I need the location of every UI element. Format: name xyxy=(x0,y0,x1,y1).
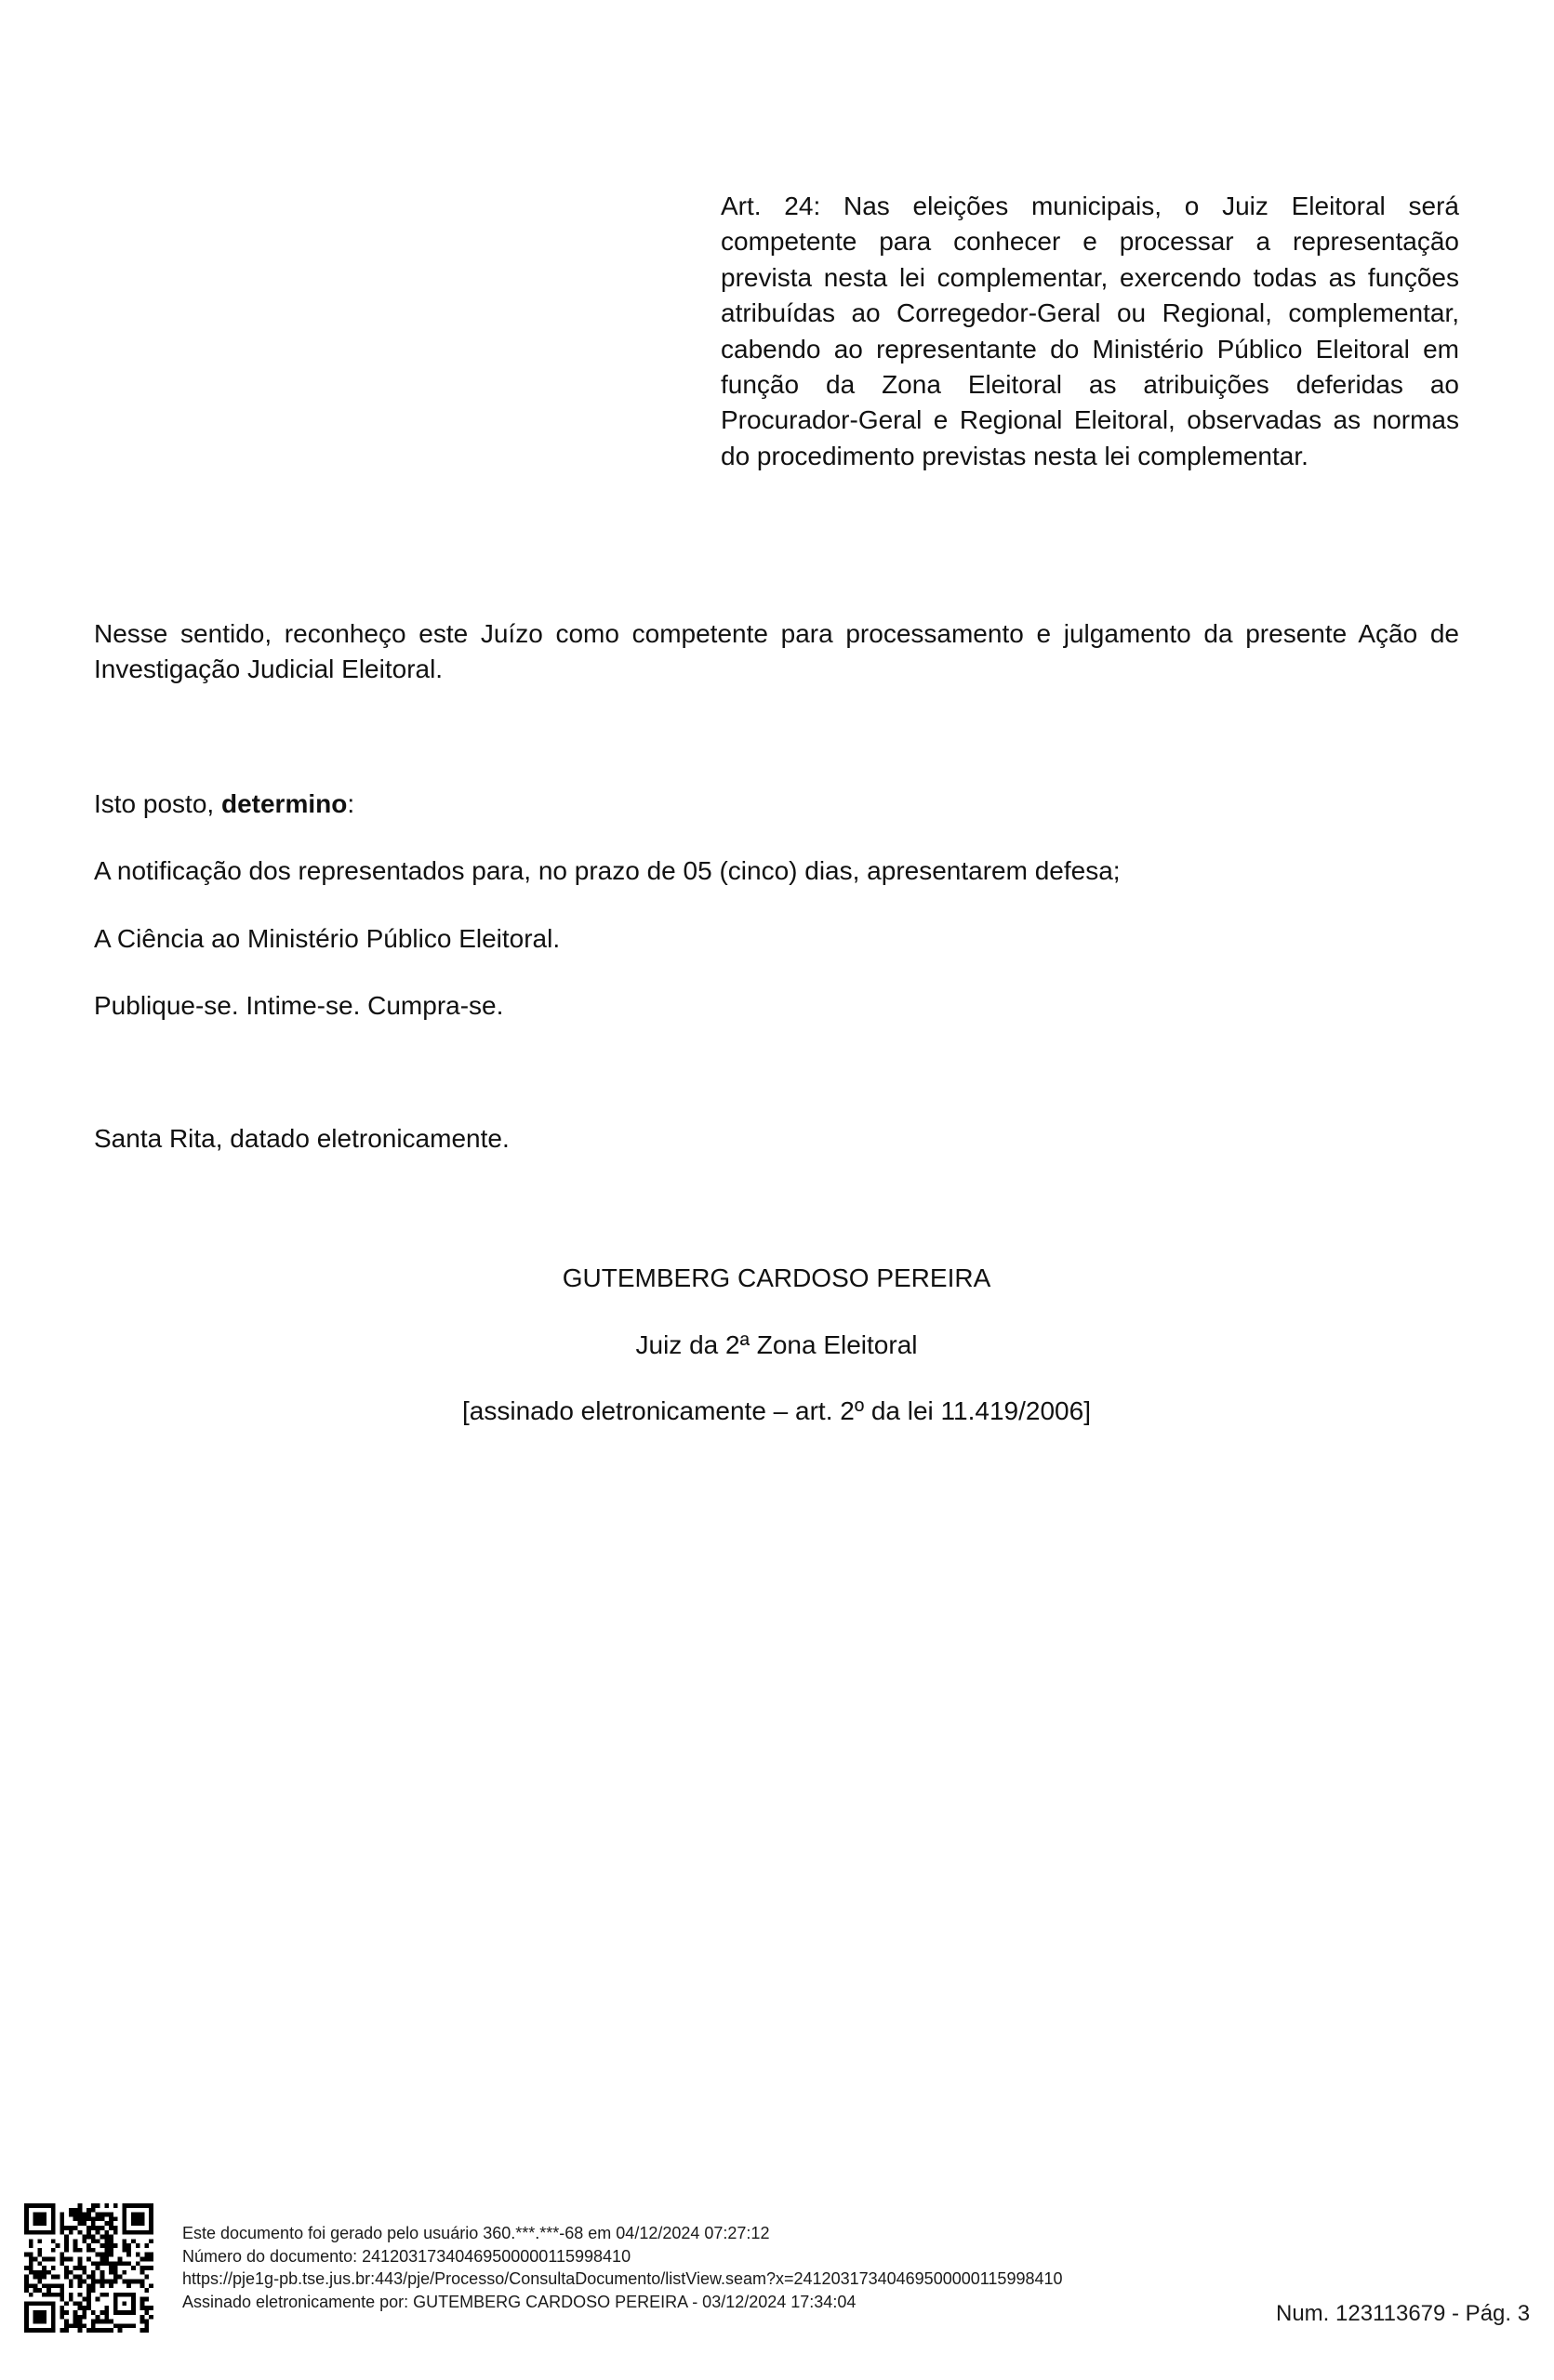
notification-paragraph: A notificação dos representados para, no… xyxy=(94,853,1459,889)
signatory-name: GUTEMBERG CARDOSO PEREIRA xyxy=(94,1261,1459,1296)
publish-paragraph: Publique-se. Intime-se. Cumpra-se. xyxy=(94,988,1459,1024)
signed-by-line: Assinado eletronicamente por: GUTEMBERG … xyxy=(182,2291,1063,2314)
legal-quote-art-24: Art. 24: Nas eleições municipais, o Juiz… xyxy=(721,189,1459,474)
determination-suffix: : xyxy=(347,789,354,818)
document-page: Art. 24: Nas eleições municipais, o Juiz… xyxy=(0,0,1554,2380)
place-date-paragraph: Santa Rita, datado eletronicamente. xyxy=(94,1121,1459,1157)
determination-heading: Isto posto, determino: xyxy=(94,787,1459,822)
competence-paragraph: Nesse sentido, reconheço este Juízo como… xyxy=(94,616,1459,687)
qr-code-icon[interactable] xyxy=(24,2203,153,2333)
signature-note: [assinado eletronicamente – art. 2º da l… xyxy=(94,1394,1459,1429)
ciencia-paragraph: A Ciência ao Ministério Público Eleitora… xyxy=(94,921,1459,957)
generated-by-line: Este documento foi gerado pelo usuário 3… xyxy=(182,2222,1063,2245)
document-url-line[interactable]: https://pje1g-pb.tse.jus.br:443/pje/Proc… xyxy=(182,2268,1063,2291)
determination-keyword: determino xyxy=(221,789,347,818)
determination-prefix: Isto posto, xyxy=(94,789,221,818)
document-number-line: Número do documento: 2412031734046950000… xyxy=(182,2245,1063,2268)
document-generation-info: Este documento foi gerado pelo usuário 3… xyxy=(182,2222,1063,2313)
signatory-role: Juiz da 2ª Zona Eleitoral xyxy=(94,1328,1459,1363)
page-number: Num. 123113679 - Pág. 3 xyxy=(1276,2300,1530,2328)
